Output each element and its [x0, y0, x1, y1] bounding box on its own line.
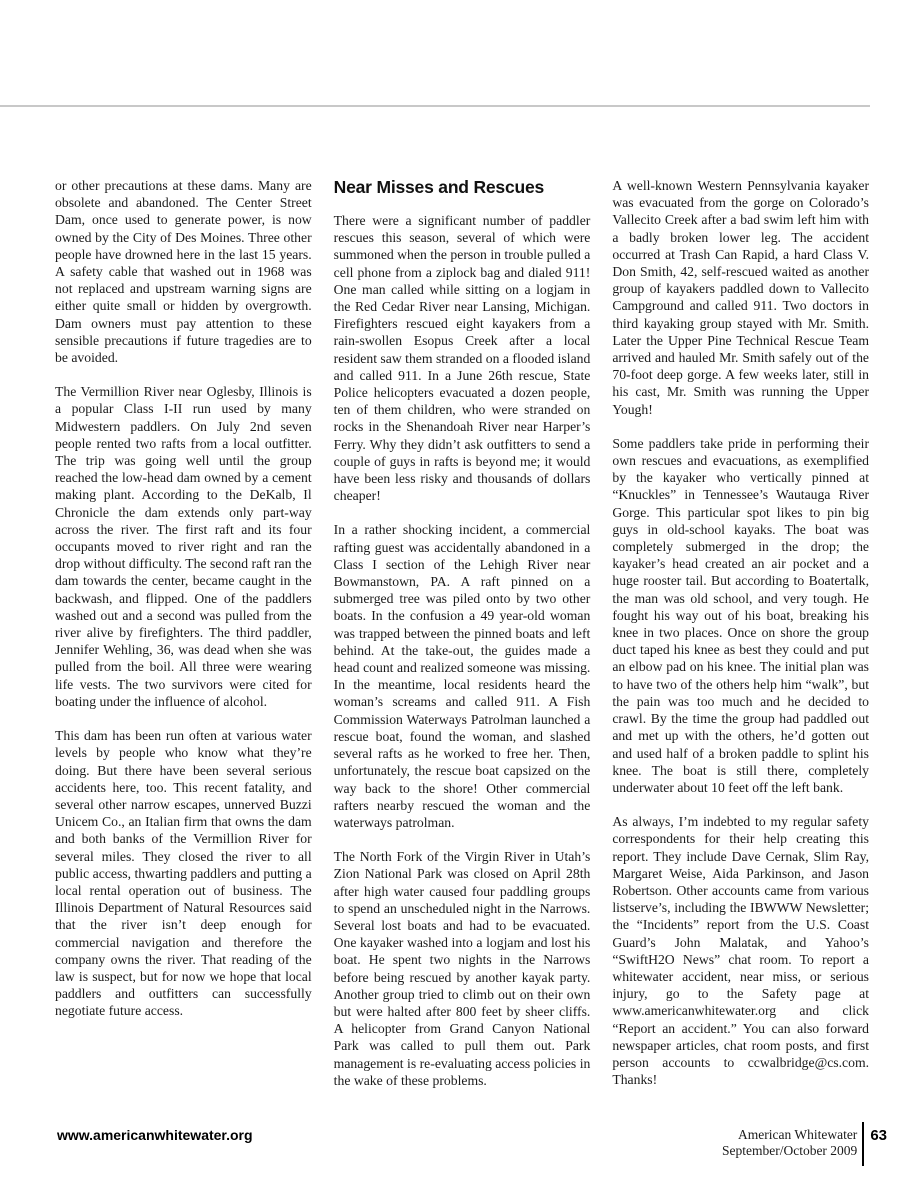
footer-divider: [862, 1122, 864, 1166]
column-middle: Near Misses and Rescues There were a sig…: [334, 177, 591, 1106]
body-paragraph: A well-known Western Pennsylvania kayake…: [612, 177, 869, 418]
article-body: or other precautions at these dams. Many…: [55, 177, 869, 1106]
top-rule: [0, 105, 870, 107]
body-paragraph: The North Fork of the Virgin River in Ut…: [334, 848, 591, 1089]
body-paragraph: Some paddlers take pride in performing t…: [612, 435, 869, 796]
footer-issue-date: September/October 2009: [722, 1143, 857, 1159]
footer-right: American Whitewater September/October 20…: [722, 1122, 887, 1166]
section-heading-near-misses: Near Misses and Rescues: [334, 177, 591, 198]
column-right: A well-known Western Pennsylvania kayake…: [612, 177, 869, 1106]
body-paragraph: or other precautions at these dams. Many…: [55, 177, 312, 366]
footer-magazine-info: American Whitewater September/October 20…: [722, 1122, 857, 1166]
column-left: or other precautions at these dams. Many…: [55, 177, 312, 1106]
body-paragraph: This dam has been run often at various w…: [55, 727, 312, 1019]
body-paragraph: There were a significant number of paddl…: [334, 212, 591, 504]
body-paragraph: In a rather shocking incident, a commerc…: [334, 521, 591, 831]
footer-magazine-title: American Whitewater: [722, 1127, 857, 1143]
footer-website-url: www.americanwhitewater.org: [57, 1127, 253, 1143]
body-paragraph: As always, I’m indebted to my regular sa…: [612, 813, 869, 1088]
footer-page-number: 63: [870, 1122, 887, 1166]
body-paragraph: The Vermillion River near Oglesby, Illin…: [55, 383, 312, 710]
